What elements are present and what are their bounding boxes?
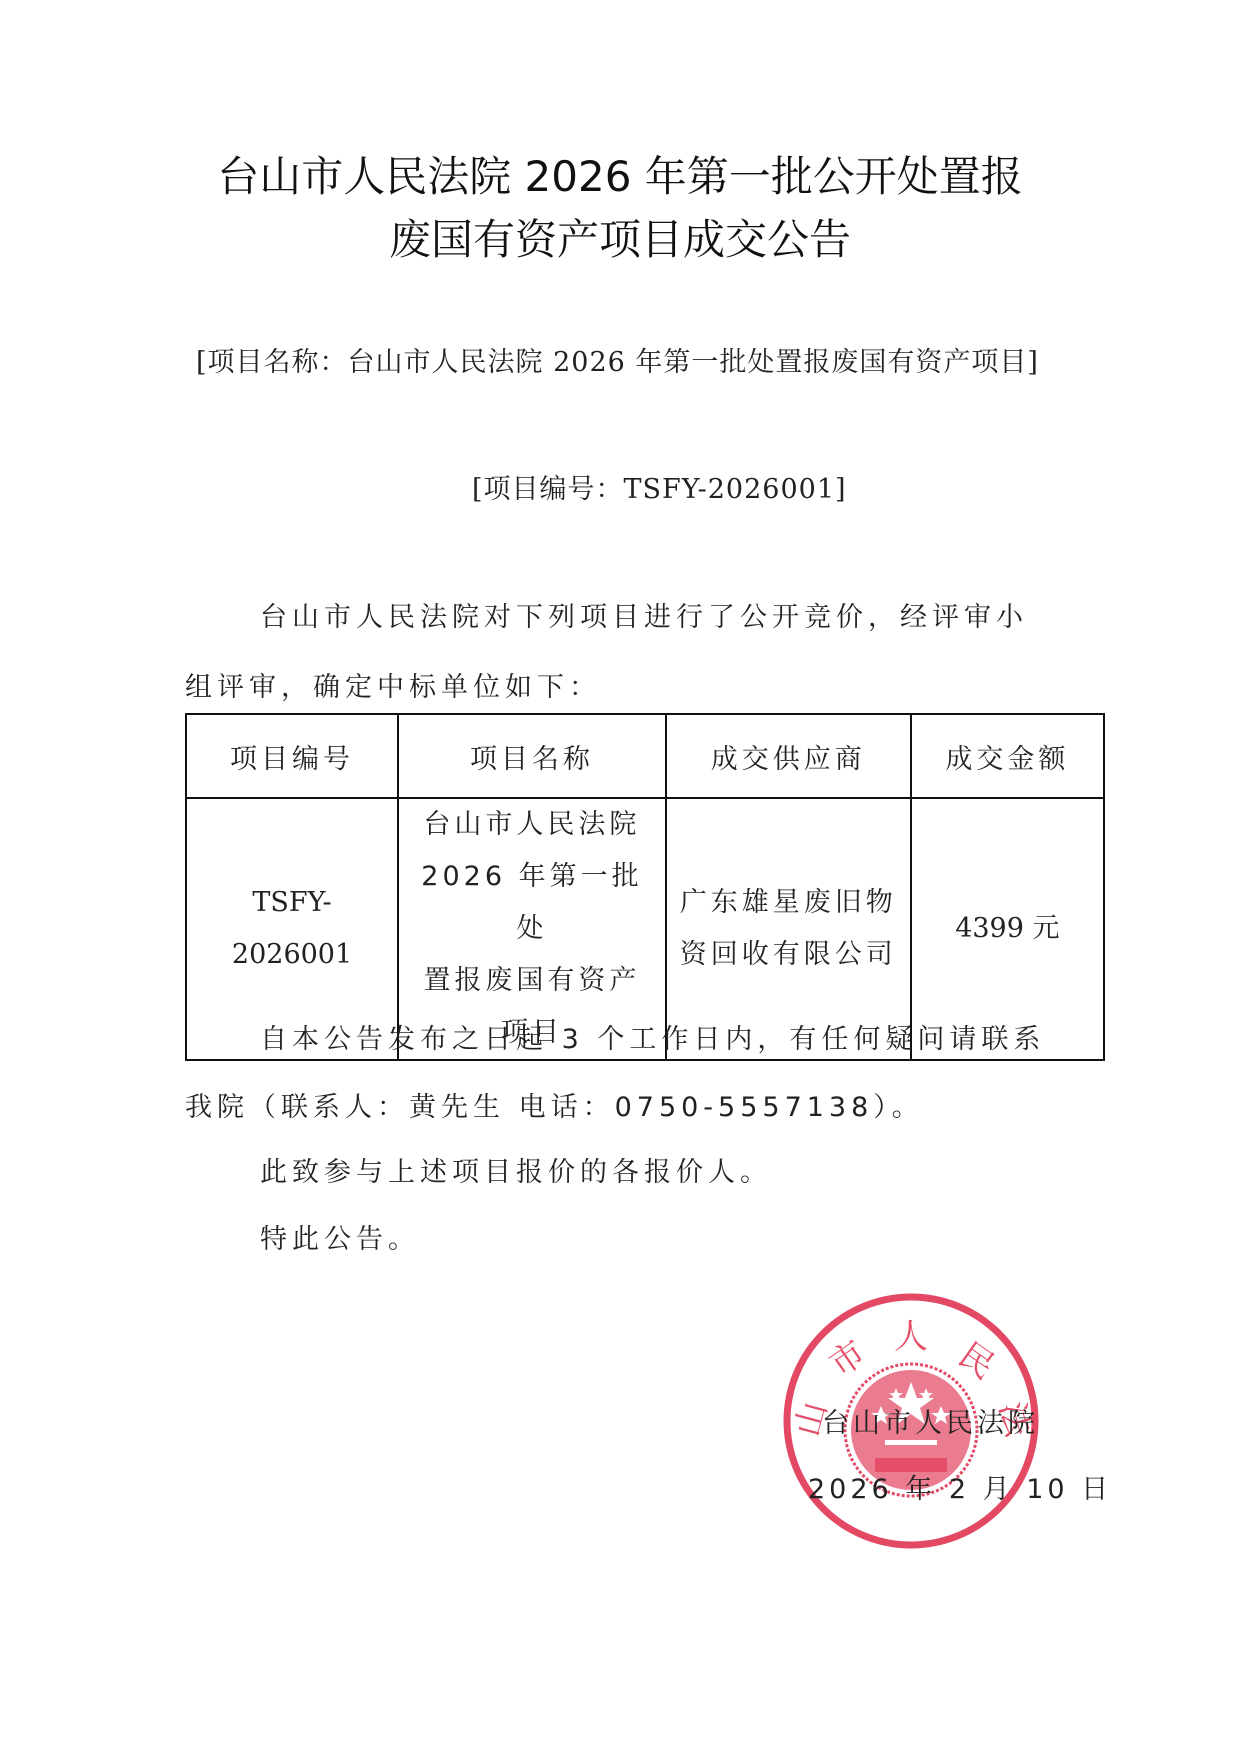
document-title-line-1: 台山市人民法院 2026 年第一批公开处置报: [150, 143, 1090, 211]
intro-paragraph-line-2: 组评审，确定中标单位如下：: [185, 668, 601, 708]
document-page: 台山市人民法院 2026 年第一批公开处置报 废国有资产项目成交公告 [项目名称…: [0, 0, 1240, 1754]
header-amount: 成交金额: [911, 714, 1104, 798]
contact-paragraph-line-2: 我院（联系人：黄先生 电话：0750-5557138）。: [185, 1088, 924, 1128]
svg-text:民: 民: [951, 1335, 1002, 1387]
header-project-no: 项目编号: [186, 714, 398, 798]
document-title-line-2: 废国有资产项目成交公告: [150, 206, 1090, 274]
contact-paragraph-line-1: 自本公告发布之日起 3 个工作日内，有任何疑问请联系: [260, 1020, 1045, 1060]
header-project-name: 项目名称: [398, 714, 666, 798]
final-line: 特此公告。: [260, 1220, 420, 1260]
supplier-line: 广东雄星废旧物: [675, 877, 902, 929]
svg-text:人: 人: [894, 1317, 928, 1357]
intro-paragraph-line-1: 台山市人民法院对下列项目进行了公开竞价，经评审小: [260, 598, 1028, 638]
project-name-line: 2026 年第一批处: [407, 851, 657, 955]
svg-text:市: 市: [822, 1333, 873, 1385]
signature-date: 2026 年 2 月 10 日: [808, 1470, 1112, 1510]
signature-organization: 台山市人民法院: [822, 1404, 1039, 1444]
header-supplier: 成交供应商: [666, 714, 911, 798]
table-header-row: 项目编号 项目名称 成交供应商 成交金额: [186, 714, 1104, 798]
project-number-line: [项目编号：TSFY-2026001]: [472, 470, 847, 510]
project-name-line: 置报废国有资产: [407, 955, 657, 1007]
project-name-line: [项目名称：台山市人民法院 2026 年第一批处置报废国有资产项目]: [196, 343, 1039, 383]
award-result-table: 项目编号 项目名称 成交供应商 成交金额 TSFY-2026001 台山市人民法…: [185, 713, 1105, 1061]
project-name-line: 台山市人民法院: [407, 799, 657, 851]
supplier-line: 资回收有限公司: [675, 929, 902, 981]
closing-line: 此致参与上述项目报价的各报价人。: [260, 1153, 772, 1193]
